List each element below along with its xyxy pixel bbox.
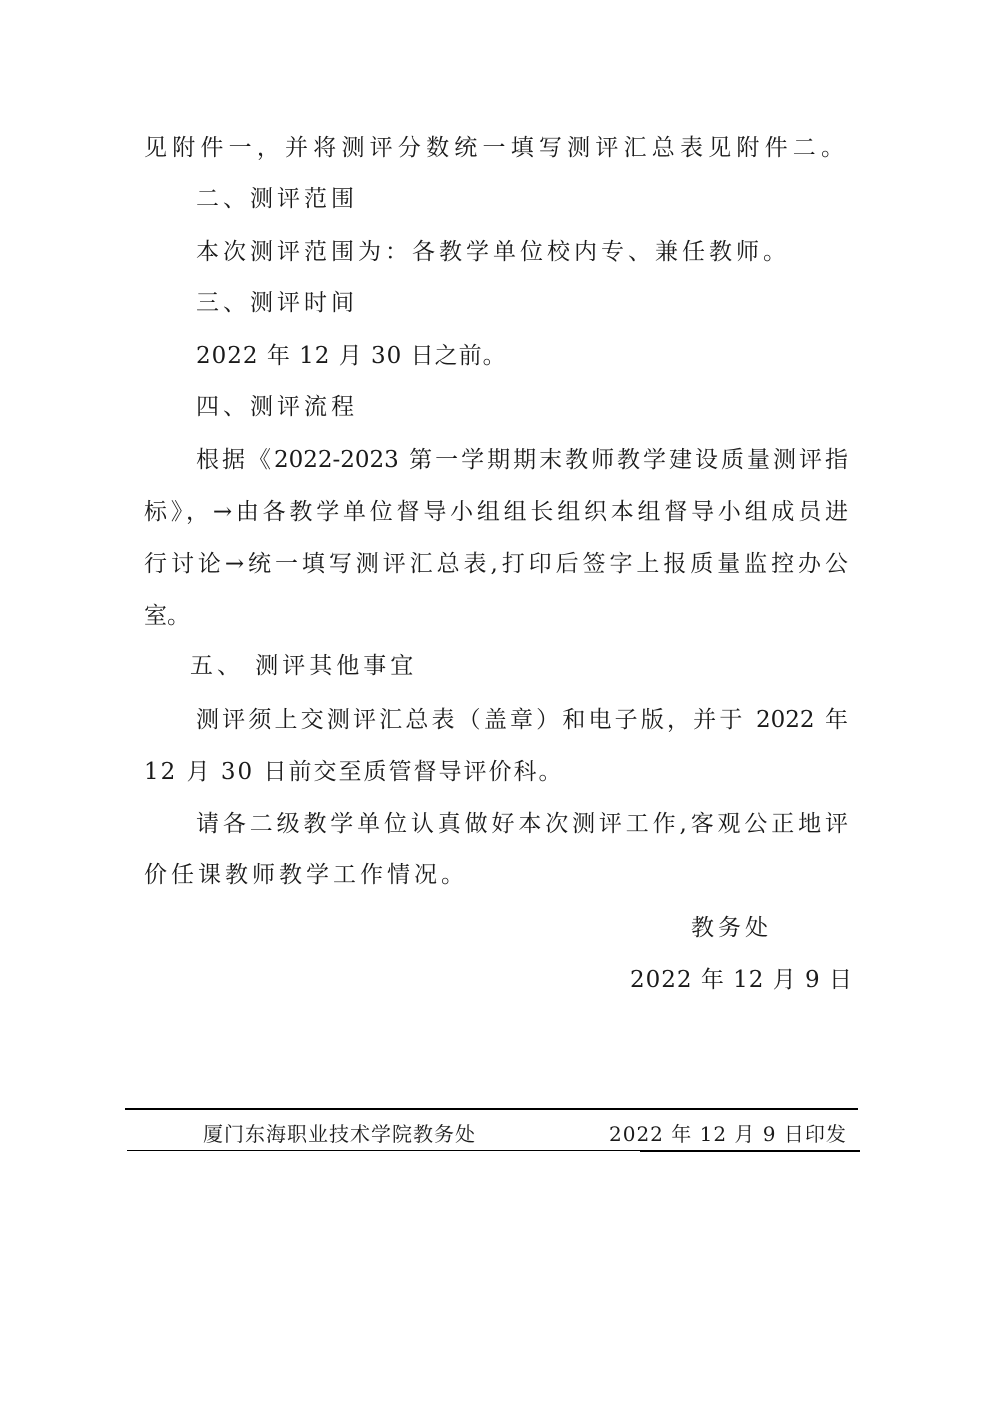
signature-date: 2022 年 12 月 9 日 [630,965,853,995]
paragraph-line: 标》，→由各教学单位督导小组组长组织本组督导小组成员进 [144,497,848,527]
paragraph-line: 12 月 30 日前交至质管督导评价科。 [144,757,563,787]
footer-issuer: 厦门东海职业技术学院教务处 [203,1121,476,1147]
paragraph-line: 2022 年 12 月 30 日之前。 [196,341,507,371]
section-heading-time: 三、测评时间 [196,288,358,318]
footer-top-rule [125,1108,858,1110]
section-heading-process: 四、测评流程 [196,392,358,422]
signature-department: 教务处 [691,913,772,943]
paragraph-line: 请各二级教学单位认真做好本次测评工作,客观公正地评 [196,809,848,839]
paragraph-line: 室。 [144,601,190,631]
footer-bottom-rule-thick [640,1150,860,1152]
paragraph-line: 价任课教师教学工作情况。 [144,860,468,890]
footer-issue-date: 2022 年 12 月 9 日印发 [609,1121,847,1147]
section-heading-other: 五、 测评其他事宜 [190,651,417,681]
paragraph-line: 见附件一，并将测评分数统一填写测评汇总表见附件二。 [144,133,848,163]
paragraph-line: 测评须上交测评汇总表（盖章）和电子版，并于 2022 年 [196,705,848,735]
paragraph-line: 根据《2022-2023 第一学期期末教师教学建设质量测评指 [196,445,848,475]
section-heading-scope: 二、测评范围 [196,184,358,214]
paragraph-line: 行讨论→统一填写测评汇总表,打印后签字上报质量监控办公 [144,549,848,579]
paragraph-line: 本次测评范围为：各教学单位校内专、兼任教师。 [196,237,790,267]
